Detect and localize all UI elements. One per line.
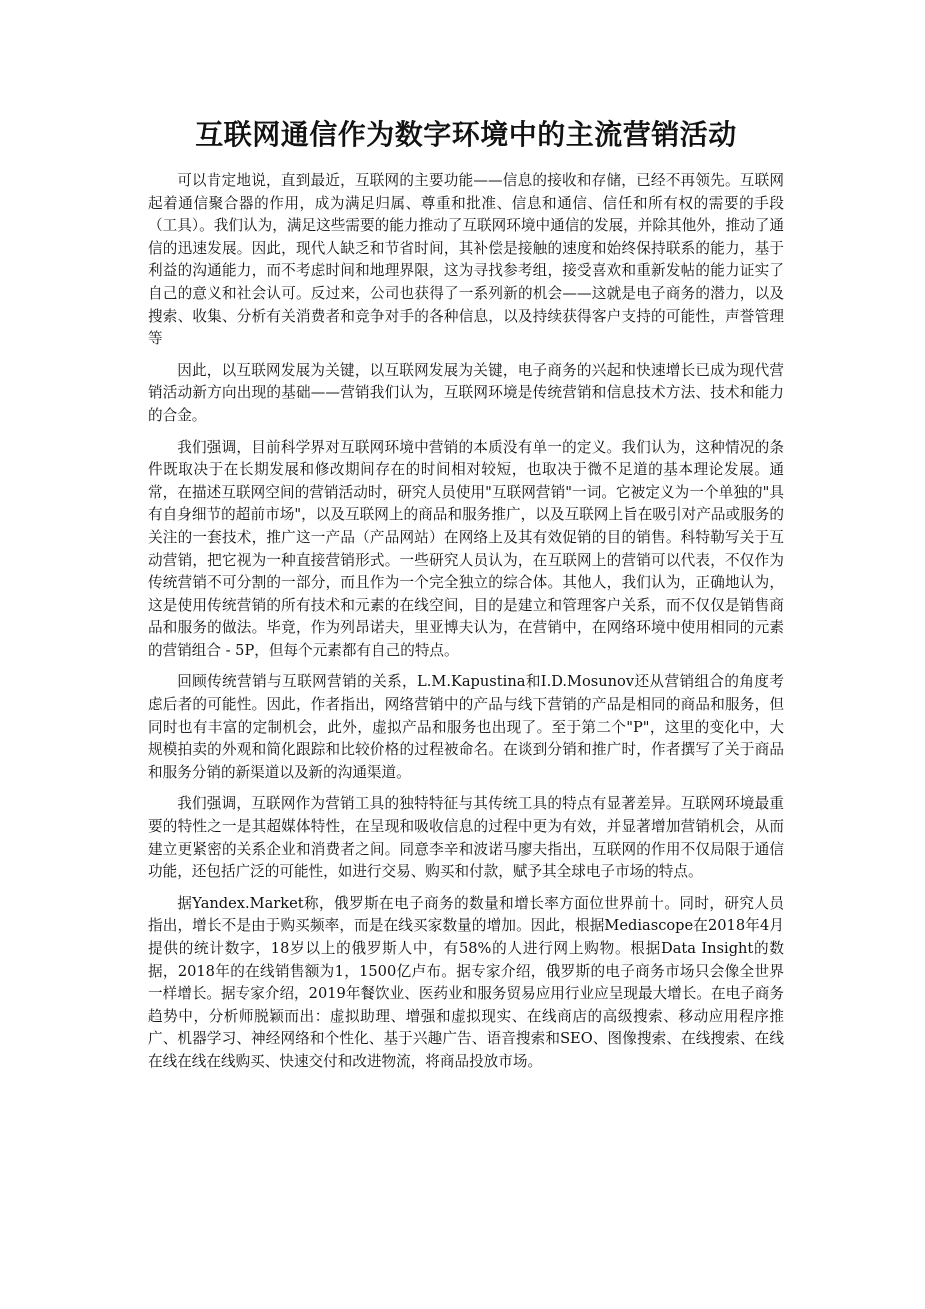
document-title: 互联网通信作为数字环境中的主流营销活动	[148, 112, 784, 158]
paragraph-1: 可以肯定地说，直到最近，互联网的主要功能——信息的接收和存储，已经不再领先。互联…	[148, 170, 784, 351]
paragraph-4: 回顾传统营销与互联网营销的关系，L.M.Kapustina和I.D.Mosuno…	[148, 671, 784, 784]
document-page: 互联网通信作为数字环境中的主流营销活动 可以肯定地说，直到最近，互联网的主要功能…	[148, 112, 784, 1083]
paragraph-6: 据Yandex.Market称，俄罗斯在电子商务的数量和增长率方面位世界前十。同…	[148, 893, 784, 1074]
paragraph-2: 因此，以互联网发展为关键，以互联网发展为关键，电子商务的兴起和快速增长已成为现代…	[148, 360, 784, 428]
paragraph-5: 我们强调，互联网作为营销工具的独特特征与其传统工具的特点有显著差异。互联网环境最…	[148, 793, 784, 883]
paragraph-3: 我们强调，目前科学界对互联网环境中营销的本质没有单一的定义。我们认为，这种情况的…	[148, 437, 784, 663]
